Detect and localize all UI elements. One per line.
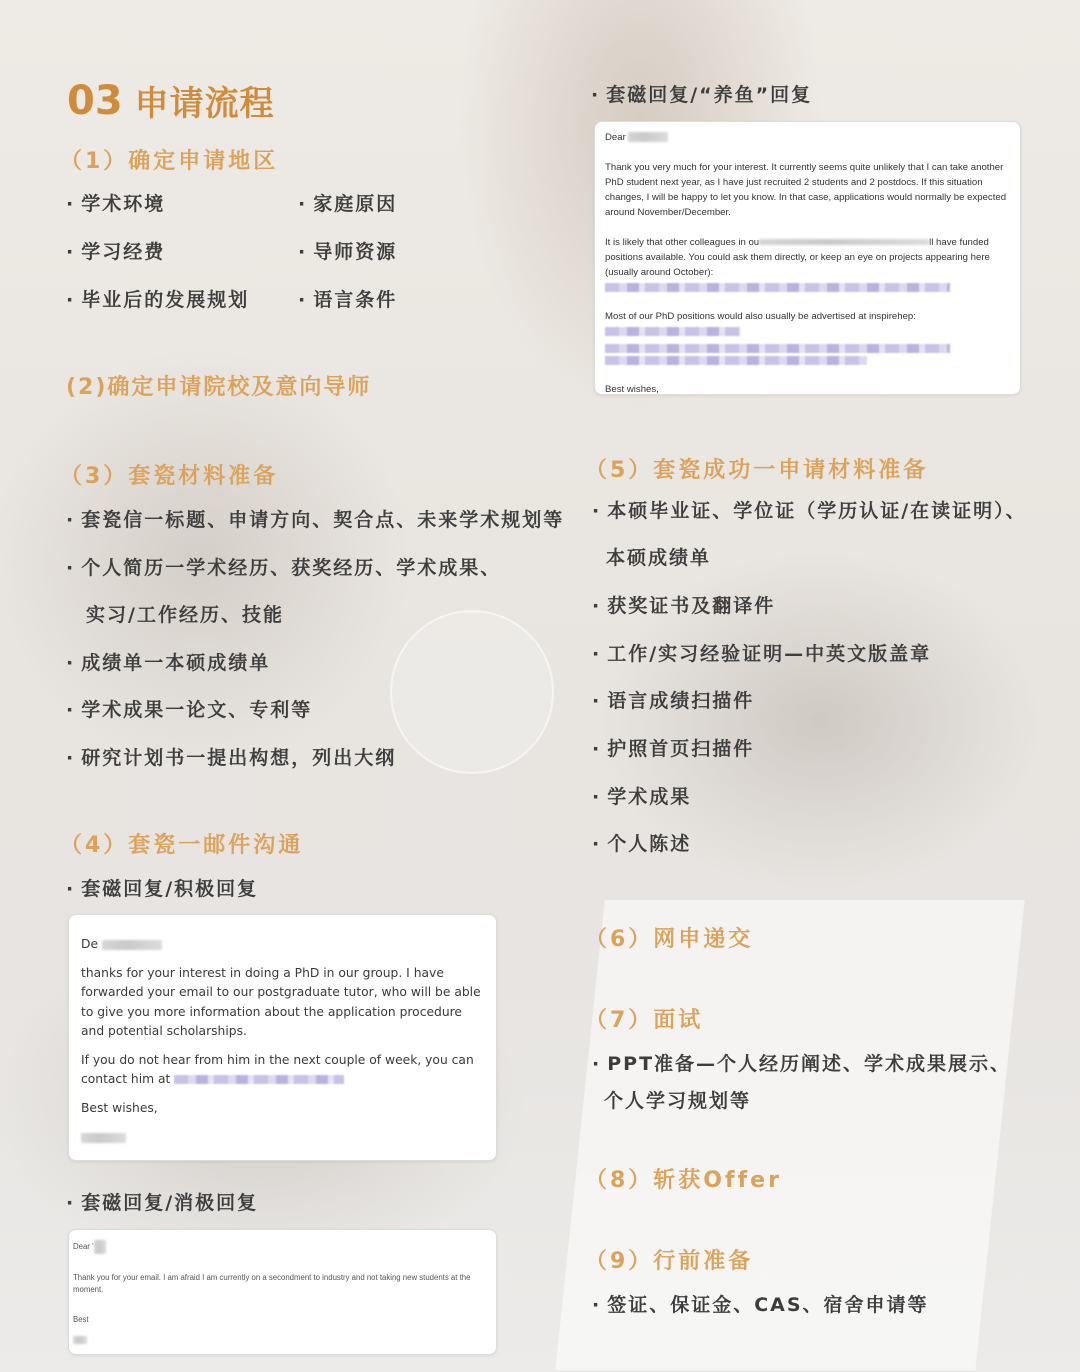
- redacted-link: [605, 356, 867, 365]
- email-closing: Best wishes,: [81, 1099, 484, 1119]
- email-paragraph: Thank you very much for your interest. I…: [605, 160, 1010, 220]
- section-6-heading: （6）网申递交: [585, 922, 753, 953]
- redacted-link: [605, 327, 740, 336]
- list-item: ·成绩单一本硕成绩单: [66, 648, 270, 675]
- bullet-icon: ·: [592, 690, 601, 712]
- section-7-heading: （7）面试: [585, 1003, 703, 1034]
- redacted-link: [605, 344, 950, 353]
- list-item-continuation: 实习/工作经历、技能: [86, 600, 284, 627]
- list-item: ·家庭原因: [298, 189, 397, 216]
- bullet-icon: ·: [66, 289, 75, 311]
- bullet-icon: ·: [591, 84, 600, 106]
- section-4-heading: （4）套瓷一邮件沟通: [60, 828, 303, 859]
- page-title: 03 申请流程: [67, 76, 275, 125]
- bullet-icon: ·: [592, 833, 601, 855]
- bullet-icon: ·: [66, 747, 75, 769]
- redacted-email-link: [174, 1075, 344, 1084]
- positive-reply-label: ·套磁回复/积极回复: [66, 874, 258, 901]
- list-item: ·学术成果一论文、专利等: [66, 695, 312, 722]
- bullet-icon: ·: [66, 1192, 75, 1214]
- list-item: ·PPT准备—个人经历阐述、学术成果展示、: [592, 1049, 1011, 1076]
- section-9-heading: （9）行前准备: [585, 1244, 753, 1275]
- email-greeting: De: [81, 935, 484, 955]
- bullet-icon: ·: [298, 289, 307, 311]
- email-paragraph: Thank you for your email. I am afraid I …: [73, 1272, 492, 1296]
- neutral-reply-label: ·套磁回复/“养鱼”回复: [591, 80, 812, 107]
- section-2-heading: (2)确定申请院校及意向导师: [66, 370, 371, 401]
- bullet-icon: ·: [298, 193, 307, 215]
- background-cup-decoration: [390, 610, 554, 774]
- email-greeting: Dear: [605, 130, 1010, 145]
- list-item-continuation: 本硕成绩单: [606, 543, 711, 570]
- bullet-icon: ·: [66, 878, 75, 900]
- redacted-name: [102, 940, 162, 950]
- list-item-continuation: 个人学习规划等: [604, 1086, 751, 1113]
- list-item: ·本硕毕业证、学位证（学历认证/在读证明）、: [592, 496, 1027, 523]
- bullet-icon: ·: [592, 786, 601, 808]
- list-item: ·个人陈述: [592, 829, 691, 856]
- list-item: ·导师资源: [298, 237, 397, 264]
- bullet-icon: ·: [66, 557, 75, 579]
- email-closing: Best wishes,: [605, 382, 1010, 395]
- redacted-name: [628, 132, 668, 142]
- title-text: 申请流程: [135, 76, 275, 125]
- bullet-icon: ·: [66, 509, 75, 531]
- redacted-signature: [81, 1133, 126, 1143]
- list-item: ·签证、保证金、CAS、宿舍申请等: [592, 1290, 929, 1317]
- list-item: ·研究计划书一提出构想，列出大纲: [66, 743, 396, 770]
- bullet-icon: ·: [298, 241, 307, 263]
- neutral-reply-email: Dear Thank you very much for your intere…: [594, 121, 1021, 395]
- email-paragraph: thanks for your interest in doing a PhD …: [81, 964, 484, 1042]
- redacted-name: [94, 1240, 106, 1254]
- redacted-signature: [73, 1336, 87, 1344]
- list-item: ·个人简历一学术经历、获奖经历、学术成果、: [66, 553, 501, 580]
- email-closing: Best: [73, 1314, 492, 1326]
- title-number: 03: [67, 78, 123, 124]
- list-item: ·学术环境: [66, 189, 165, 216]
- list-item: ·护照首页扫描件: [592, 734, 754, 761]
- bullet-icon: ·: [592, 1294, 601, 1316]
- list-item: ·语言条件: [298, 285, 397, 312]
- email-paragraph: It is likely that other colleagues in ou…: [605, 235, 1010, 280]
- bullet-icon: ·: [592, 500, 601, 522]
- list-item: ·语言成绩扫描件: [592, 686, 754, 713]
- email-greeting: Dear ': [73, 1240, 492, 1254]
- negative-reply-label: ·套磁回复/消极回复: [66, 1188, 258, 1215]
- bullet-icon: ·: [66, 193, 75, 215]
- bullet-icon: ·: [592, 595, 601, 617]
- email-paragraph: If you do not hear from him in the next …: [81, 1051, 484, 1090]
- redacted-link: [605, 283, 950, 292]
- email-signature: [73, 1334, 492, 1346]
- redacted-department: [759, 239, 929, 245]
- bullet-icon: ·: [66, 652, 75, 674]
- positive-reply-email: De thanks for your interest in doing a P…: [68, 914, 497, 1161]
- bullet-icon: ·: [592, 643, 601, 665]
- section-3-heading: （3）套瓷材料准备: [60, 459, 278, 490]
- section-8-heading: （8）斩获Offer: [585, 1163, 782, 1194]
- list-item: ·学术成果: [592, 782, 691, 809]
- list-item: ·毕业后的发展规划: [66, 285, 249, 312]
- bullet-icon: ·: [66, 699, 75, 721]
- section-1-heading: （1）确定申请地区: [60, 144, 278, 175]
- negative-reply-email: Dear ' Thank you for your email. I am af…: [68, 1229, 497, 1355]
- email-paragraph: Most of our PhD positions would also usu…: [605, 309, 1010, 324]
- section-5-heading: （5）套瓷成功一申请材料准备: [585, 453, 928, 484]
- bullet-icon: ·: [592, 738, 601, 760]
- bullet-icon: ·: [66, 241, 75, 263]
- list-item: ·工作/实习经验证明—中英文版盖章: [592, 639, 931, 666]
- list-item: ·套瓷信一标题、申请方向、契合点、未来学术规划等: [66, 505, 564, 532]
- email-signature: [81, 1128, 484, 1148]
- list-item: ·获奖证书及翻译件: [592, 591, 775, 618]
- bullet-icon: ·: [592, 1053, 601, 1075]
- list-item: ·学习经费: [66, 237, 165, 264]
